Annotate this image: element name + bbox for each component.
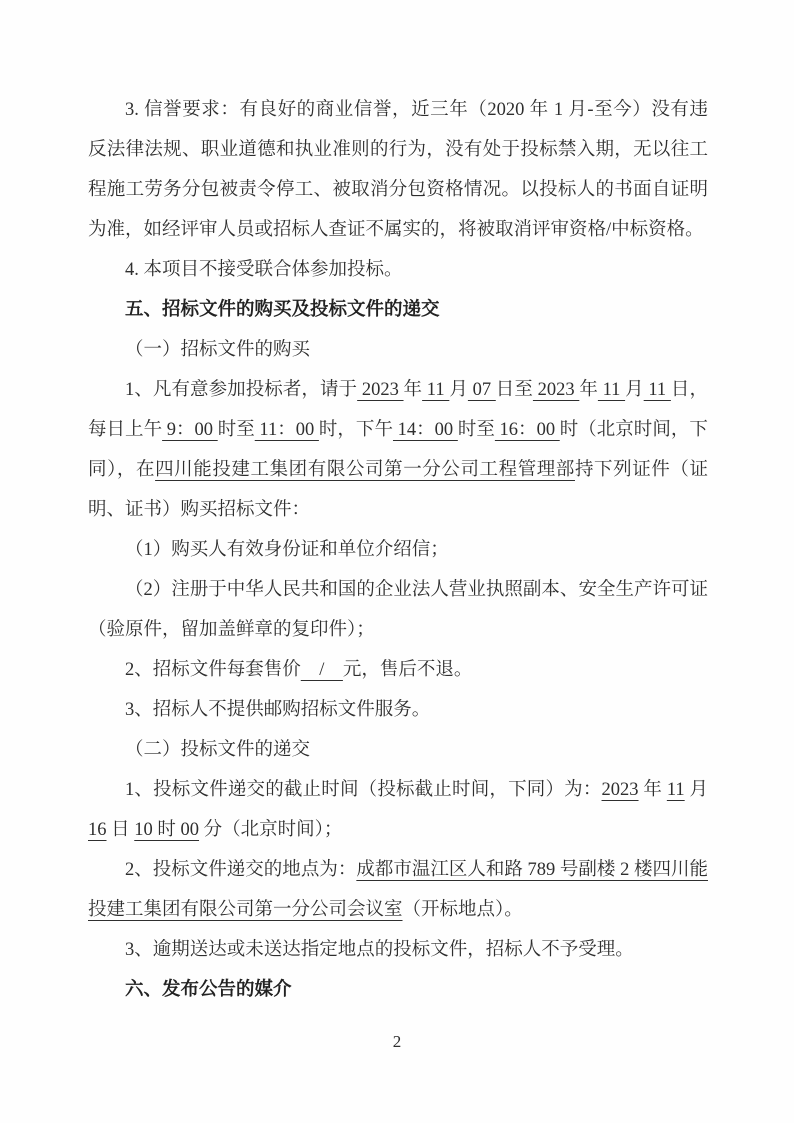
document-page: 3. 信誉要求：有良好的商业信誉，近三年（2020 年 1 月-至今）没有违反法… <box>0 0 794 1123</box>
paragraph: （1）购买人有效身份证和单位介绍信； <box>88 530 708 570</box>
text-run: 时至 <box>458 420 495 440</box>
underlined-blank: / <box>301 660 343 680</box>
text-run: （2）注册于中华人民共和国的企业法人营业执照副本、安全生产许可证（验原件，留加盖… <box>88 580 708 640</box>
underlined-blank: 11 <box>598 380 625 400</box>
text-run: 时至 <box>218 420 255 440</box>
text-run: 元，售后不退。 <box>343 660 473 680</box>
paragraph: （2）注册于中华人民共和国的企业法人营业执照副本、安全生产许可证（验原件，留加盖… <box>88 570 708 650</box>
underlined-blank: 16 <box>88 820 107 840</box>
section-heading: 六、发布公告的媒介 <box>88 970 708 1010</box>
text-run: 日 <box>107 820 135 840</box>
text-run: （开标地点）。 <box>403 900 523 920</box>
text-run: 2、投标文件递交的地点为： <box>125 860 356 880</box>
underlined-blank: 11 <box>422 380 449 400</box>
underlined-blank: 07 <box>468 380 496 400</box>
text-run: 日至 <box>496 380 533 400</box>
paragraph: 2、投标文件递交的地点为：成都市温江区人和路 789 号副楼 2 楼四川能投建工… <box>88 850 708 930</box>
text-run: （二）投标文件的递交 <box>125 740 310 760</box>
paragraph: （二）投标文件的递交 <box>88 730 708 770</box>
paragraph: 1、凡有意参加投标者，请于 2023 年 11 月 07 日至 2023 年 1… <box>88 370 708 530</box>
underlined-blank: 2023 <box>357 380 403 400</box>
underlined-blank: 14：00 <box>393 420 458 440</box>
text-run: 3、招标人不提供邮购招标文件服务。 <box>125 700 430 720</box>
text-run: 年 <box>579 380 598 400</box>
underlined-blank: 2023 <box>602 780 639 800</box>
text-run: 分（北京时间）； <box>199 820 342 840</box>
document-body: 3. 信誉要求：有良好的商业信誉，近三年（2020 年 1 月-至今）没有违反法… <box>88 90 708 1010</box>
page-number: 2 <box>0 1030 794 1054</box>
text-run: 六、发布公告的媒介 <box>125 980 292 1000</box>
paragraph: 4. 本项目不接受联合体参加投标。 <box>88 250 708 290</box>
text-run: 月 <box>685 780 708 800</box>
text-run: 时，下午 <box>319 420 393 440</box>
paragraph: （一）招标文件的购买 <box>88 330 708 370</box>
text-run: 月 <box>625 380 644 400</box>
paragraph: 3. 信誉要求：有良好的商业信誉，近三年（2020 年 1 月-至今）没有违反法… <box>88 90 708 250</box>
text-run: 1、凡有意参加投标者，请于 <box>125 380 357 400</box>
paragraph: 3、招标人不提供邮购招标文件服务。 <box>88 690 708 730</box>
underlined-blank: 11 <box>644 380 671 400</box>
text-run: （1）购买人有效身份证和单位介绍信； <box>125 540 449 560</box>
paragraph: 2、招标文件每套售价 / 元，售后不退。 <box>88 650 708 690</box>
text-run: 年 <box>404 380 423 400</box>
text-run: 1、投标文件递交的截止时间（投标截止时间，下同）为： <box>125 780 602 800</box>
paragraph: 3、逾期送达或未送达指定地点的投标文件，招标人不予受理。 <box>88 930 708 970</box>
text-run: 2、招标文件每套售价 <box>125 660 301 680</box>
text-run: 3、逾期送达或未送达指定地点的投标文件，招标人不予受理。 <box>125 940 634 960</box>
underlined-blank: 10 时 00 <box>134 820 199 840</box>
text-run: 4. 本项目不接受联合体参加投标。 <box>125 260 403 280</box>
underlined-blank: 四川能投建工集团有限公司第一分公司工程管理部 <box>155 460 575 480</box>
section-heading: 五、招标文件的购买及投标文件的递交 <box>88 290 708 330</box>
text-run: 3. 信誉要求：有良好的商业信誉，近三年（2020 年 1 月-至今）没有违反法… <box>88 100 708 240</box>
paragraph: 1、投标文件递交的截止时间（投标截止时间，下同）为：2023 年 11 月 16… <box>88 770 708 850</box>
text-run: 年 <box>639 780 667 800</box>
underlined-blank: 9：00 <box>162 420 218 440</box>
text-run: 五、招标文件的购买及投标文件的递交 <box>125 300 440 320</box>
underlined-blank: 11：00 <box>255 420 319 440</box>
text-run: 月 <box>449 380 468 400</box>
text-run: （一）招标文件的购买 <box>125 340 310 360</box>
underlined-blank: 11 <box>667 780 685 800</box>
underlined-blank: 2023 <box>533 380 579 400</box>
underlined-blank: 16：00 <box>495 420 560 440</box>
